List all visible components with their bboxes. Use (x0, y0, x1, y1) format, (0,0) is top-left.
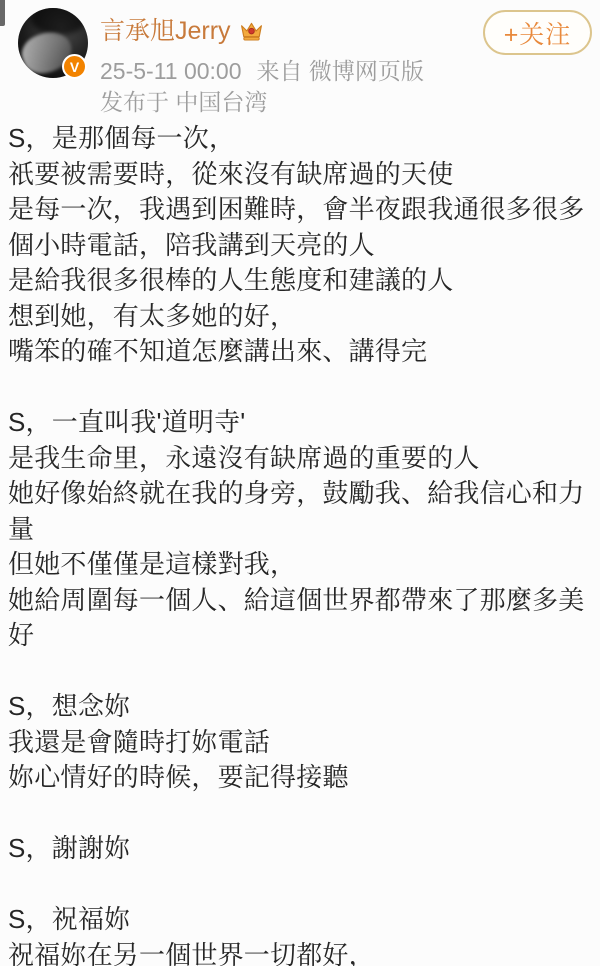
post-line: 好 (8, 618, 592, 654)
post-line: S，祝福妳 (8, 902, 592, 938)
post-line (8, 654, 592, 690)
vip-crown-icon (239, 19, 264, 44)
post-line: S，謝謝妳 (8, 831, 592, 867)
post-line: 嘴笨的確不知道怎麼講出來、講得完 (8, 334, 592, 370)
weibo-post-page: V 言承旭Jerry 25-5-11 00:00 来自 微博网页版 发布于 中国… (0, 0, 600, 966)
follow-button[interactable]: +关注 (483, 10, 592, 55)
post-line (8, 796, 592, 832)
post-meta-row: 25-5-11 00:00 来自 微博网页版 (100, 56, 424, 86)
post-line (8, 867, 592, 903)
post-line (8, 370, 592, 406)
post-line: 她好像始終就在我的身旁，鼓勵我、給我信心和力 (8, 476, 592, 512)
post-line: 祝福妳在另一個世界一切都好， (8, 938, 592, 966)
post-line: 她給周圍每一個人、給這個世界都帶來了那麼多美 (8, 583, 592, 619)
post-line: 是我生命里，永遠沒有缺席過的重要的人 (8, 441, 592, 477)
post-line: 我還是會隨時打妳電話 (8, 725, 592, 761)
post-line: 是每一次，我遇到困難時，會半夜跟我通很多很多 (8, 192, 592, 228)
post-header: V 言承旭Jerry 25-5-11 00:00 来自 微博网页版 发布于 中国… (0, 0, 600, 121)
username-row: 言承旭Jerry (100, 15, 264, 47)
post-line: 祇要被需要時，從來沒有缺席過的天使 (8, 157, 592, 193)
post-body: S，是那個每一次，祇要被需要時，從來沒有缺席過的天使是每一次，我遇到困難時，會半… (8, 121, 592, 966)
post-line: 是給我很多很棒的人生態度和建議的人 (8, 263, 592, 299)
post-line: 妳心情好的時候，要記得接聽 (8, 760, 592, 796)
post-line: S，是那個每一次， (8, 121, 592, 157)
post-line: 想到她，有太多她的好， (8, 299, 592, 335)
post-line: S，一直叫我'道明寺' (8, 405, 592, 441)
post-source[interactable]: 来自 微博网页版 (257, 56, 424, 86)
post-line: S，想念妳 (8, 689, 592, 725)
post-location: 发布于 中国台湾 (100, 87, 267, 117)
post-line: 量 (8, 512, 592, 548)
verified-v-icon: V (62, 54, 87, 79)
username[interactable]: 言承旭Jerry (100, 15, 231, 47)
post-line: 個小時電話，陪我講到天亮的人 (8, 228, 592, 264)
post-line: 但她不僅僅是這樣對我， (8, 547, 592, 583)
timestamp: 25-5-11 00:00 (100, 56, 242, 86)
